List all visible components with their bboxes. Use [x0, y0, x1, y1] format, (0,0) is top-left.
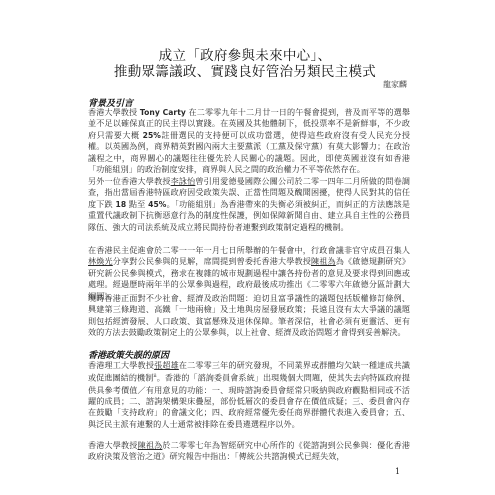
page-number: 1 — [395, 467, 400, 476]
name-link: 張超雄 — [154, 360, 179, 370]
document-title-line-2: 推動眾籌議政、實踐良好管治另類民主模式 — [80, 64, 410, 81]
document-title-line-1: 成立「政府參與未來中心」、 — [80, 48, 410, 65]
paragraph: 香港理工大學教授張超雄在二零零三年的研究發現，不同業界或群體均欠缺一種達成共識或… — [88, 360, 410, 430]
paragraph: 現時香港正面對不少社會、經濟及政治問題：迫切且富爭議性的議題包括版權修訂條例、興… — [88, 293, 410, 339]
name-link: 林煥光 — [88, 256, 113, 266]
name-link: 李詠怡 — [171, 176, 196, 186]
author-name: 龍家麟 — [383, 79, 407, 90]
name-link: 陳祖為 — [311, 256, 336, 266]
paragraph: 另外一位香港大學教授李詠怡曾引用愛德曼國際公關公司於二零一四年二月所做的問卷調查… — [88, 176, 410, 233]
name-link: 陳祖為 — [138, 440, 163, 450]
paragraph: 香港大學教授 Tony Carty 在二零零九年十二月廿一日的午餐會提到，普及而… — [88, 107, 410, 175]
document-page: 成立「政府參與未來中心」、 推動眾籌議政、實踐良好管治另類民主模式 龍家麟 背景… — [0, 0, 495, 495]
paragraph: 香港大學教授陳祖為於二零零七年為智經研究中心所作的《從諮詢到公民參與：優化香港政… — [88, 440, 410, 463]
name-tony-carty: Tony Carty — [140, 108, 186, 117]
